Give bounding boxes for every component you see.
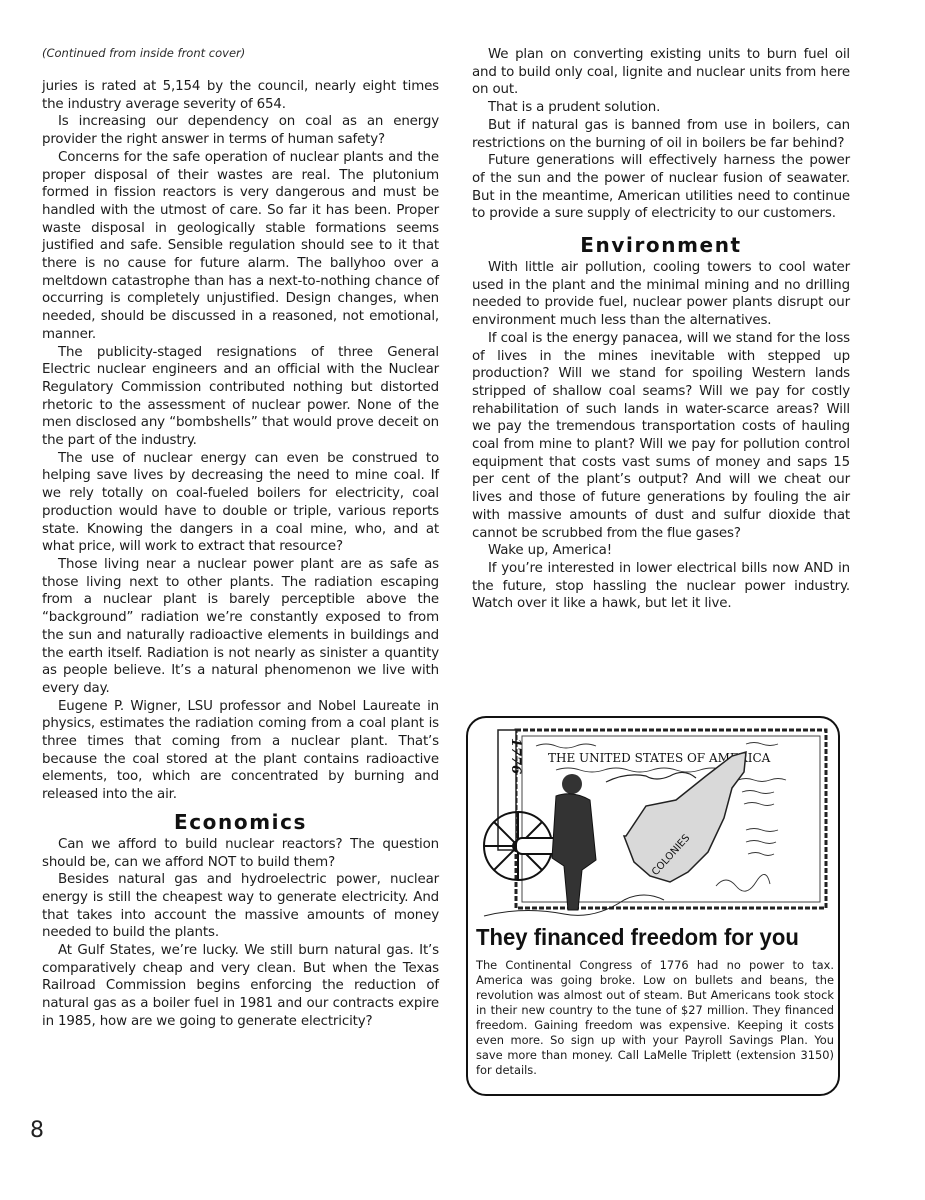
paragraph: Can we afford to build nuclear reactors?… (42, 836, 439, 871)
paragraph: We plan on converting existing units to … (472, 46, 850, 99)
paragraph: The publicity-staged resignations of thr… (42, 344, 439, 450)
paragraph: Is increasing our dependency on coal as … (42, 113, 439, 148)
paragraph: Besides natural gas and hydroelectric po… (42, 871, 439, 942)
year-label: 1776 (508, 738, 523, 774)
paragraph: If coal is the energy panacea, will we s… (472, 330, 850, 542)
ad-body: The Continental Congress of 1776 had no … (476, 958, 834, 1078)
continued-note: (Continued from inside front cover) (42, 46, 245, 60)
section-heading-economics: Economics (42, 810, 439, 834)
paragraph: The use of nuclear energy can even be co… (42, 450, 439, 556)
paragraph: That is a prudent solution. (472, 99, 850, 117)
paragraph: juries is rated at 5,154 by the council,… (42, 78, 439, 113)
paragraph: If you’re interested in lower electrical… (472, 560, 850, 613)
section-heading-environment: Environment (472, 233, 850, 257)
continental-currency-illustration: 1776 THE UNITED STATES OF AMERICA COLONI… (476, 726, 832, 926)
paragraph: But if natural gas is banned from use in… (472, 117, 850, 152)
page-number: 8 (30, 1118, 44, 1143)
paragraph: Concerns for the safe operation of nucle… (42, 149, 439, 344)
paragraph: At Gulf States, we’re lucky. We still bu… (42, 942, 439, 1031)
paragraph: Eugene P. Wigner, LSU professor and Nobe… (42, 698, 439, 804)
paragraph: Wake up, America! (472, 542, 850, 560)
ad-title: They financed freedom for you (476, 924, 814, 951)
left-column: juries is rated at 5,154 by the council,… (42, 78, 439, 1031)
savings-bond-ad: 1776 THE UNITED STATES OF AMERICA COLONI… (466, 716, 840, 1096)
paragraph: Future generations will effectively harn… (472, 152, 850, 223)
paragraph: Those living near a nuclear power plant … (42, 556, 439, 698)
right-column: We plan on converting existing units to … (472, 46, 850, 613)
paragraph: With little air pollution, cooling tower… (472, 259, 850, 330)
